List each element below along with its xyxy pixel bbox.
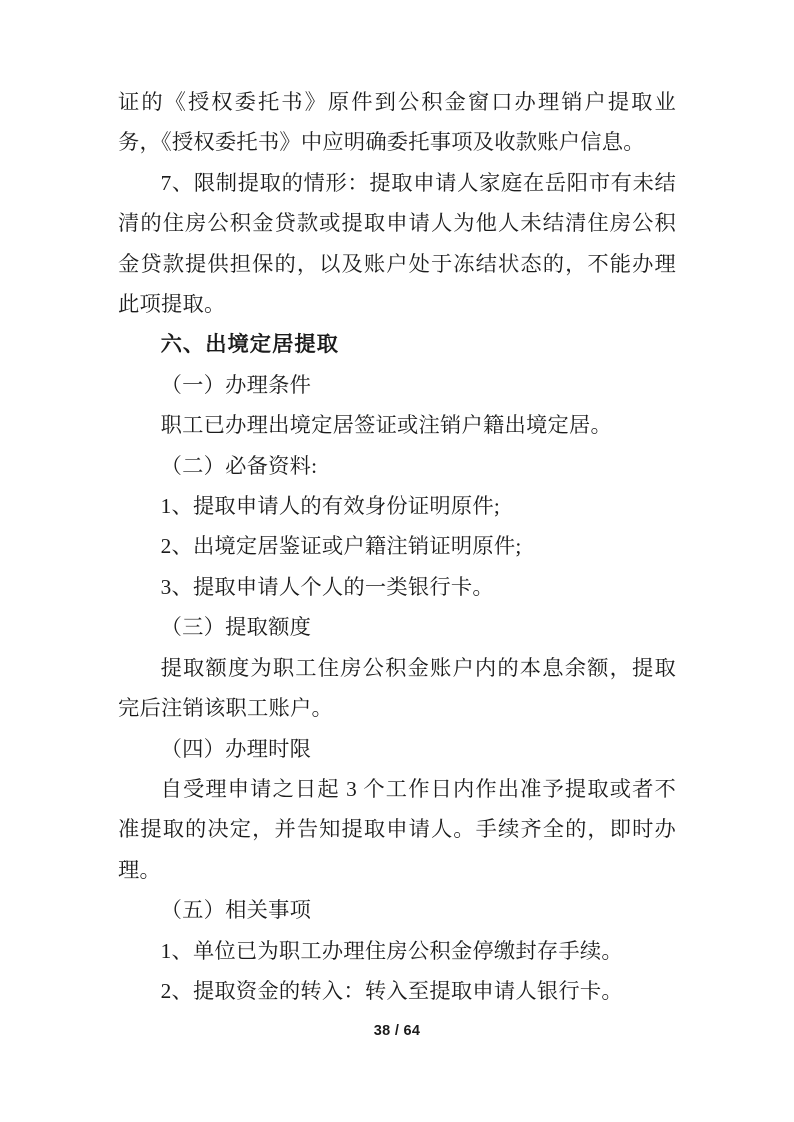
section-heading: 六、出境定居提取: [118, 324, 676, 364]
paragraph: （二）必备资料:: [118, 446, 676, 486]
list-item: 3、提取申请人个人的一类银行卡。: [118, 567, 676, 607]
list-item: 1、提取申请人的有效身份证明原件;: [118, 486, 676, 526]
paragraph: 职工已办理出境定居签证或注销户籍出境定居。: [118, 405, 676, 445]
page-number: 38 / 64: [374, 1023, 420, 1039]
paragraph: 提取额度为职工住房公积金账户内的本息余额，提取完后注销该职工账户。: [118, 648, 676, 729]
paragraph: （三）提取额度: [118, 607, 676, 647]
list-item: 2、出境定居鉴证或户籍注销证明原件;: [118, 526, 676, 566]
paragraph: （五）相关事项: [118, 890, 676, 930]
document-body: 证的《授权委托书》原件到公积金窗口办理销户提取业务，《授权委托书》中应明确委托事…: [118, 82, 676, 1011]
document-page: 证的《授权委托书》原件到公积金窗口办理销户提取业务，《授权委托书》中应明确委托事…: [0, 0, 794, 1122]
paragraph: 7、限制提取的情形：提取申请人家庭在岳阳市有未结清的住房公积金贷款或提取申请人为…: [118, 163, 676, 325]
page-footer: 38 / 64: [0, 1022, 794, 1042]
list-item: 1、单位已为职工办理住房公积金停缴封存手续。: [118, 931, 676, 971]
paragraph: （一）办理条件: [118, 365, 676, 405]
paragraph: 自受理申请之日起 3 个工作日内作出准予提取或者不准提取的决定，并告知提取申请人…: [118, 769, 676, 890]
paragraph: （四）办理时限: [118, 729, 676, 769]
list-item: 2、提取资金的转入：转入至提取申请人银行卡。: [118, 971, 676, 1011]
paragraph: 证的《授权委托书》原件到公积金窗口办理销户提取业务，《授权委托书》中应明确委托事…: [118, 82, 676, 163]
